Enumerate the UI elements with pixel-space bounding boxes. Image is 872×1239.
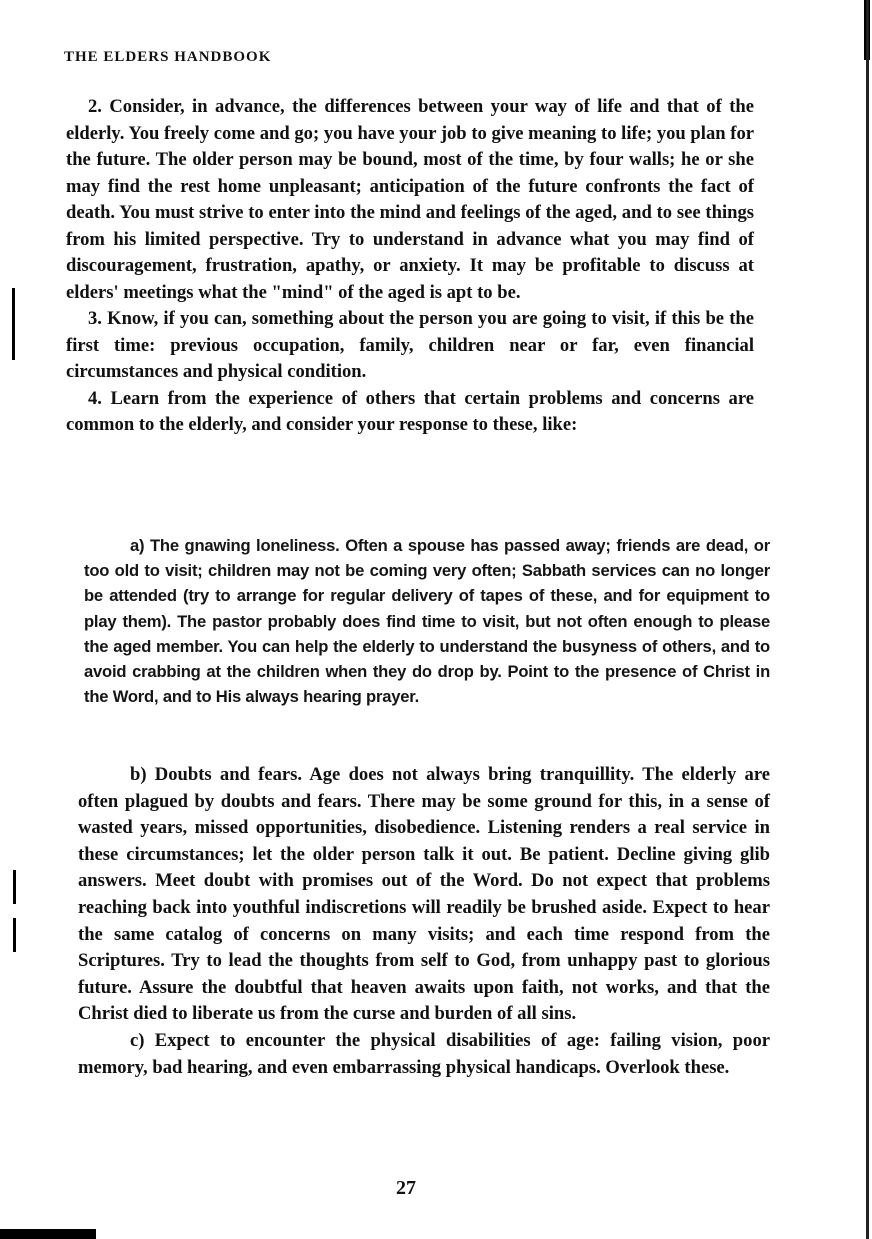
page-number: 27 [396, 1177, 416, 1200]
scan-margin-mark [13, 918, 16, 952]
running-head: THE ELDERS HANDBOOK [64, 49, 271, 66]
sub-point-c: c) Expect to encounter the physical disa… [78, 1028, 770, 1081]
point-4: 4. Learn from the experience of others t… [66, 386, 754, 439]
scan-margin-mark [13, 870, 16, 904]
point-3: 3. Know, if you can, something about the… [66, 306, 754, 386]
book-page: THE ELDERS HANDBOOK 2. Consider, in adva… [0, 0, 872, 1239]
numbered-points: 2. Consider, in advance, the differences… [66, 94, 754, 439]
sub-point-a: a) The gnawing loneliness. Often a spous… [84, 533, 770, 709]
sub-point-b: b) Doubts and fears. Age does not always… [78, 762, 770, 1028]
scan-edge-line [866, 0, 869, 1239]
scan-bottom-bar [0, 1229, 96, 1239]
scan-margin-mark [12, 288, 15, 360]
sub-point-a-block: a) The gnawing loneliness. Often a spous… [84, 533, 770, 709]
point-2: 2. Consider, in advance, the differences… [66, 94, 754, 306]
sub-points-bc-block: b) Doubts and fears. Age does not always… [78, 762, 770, 1081]
